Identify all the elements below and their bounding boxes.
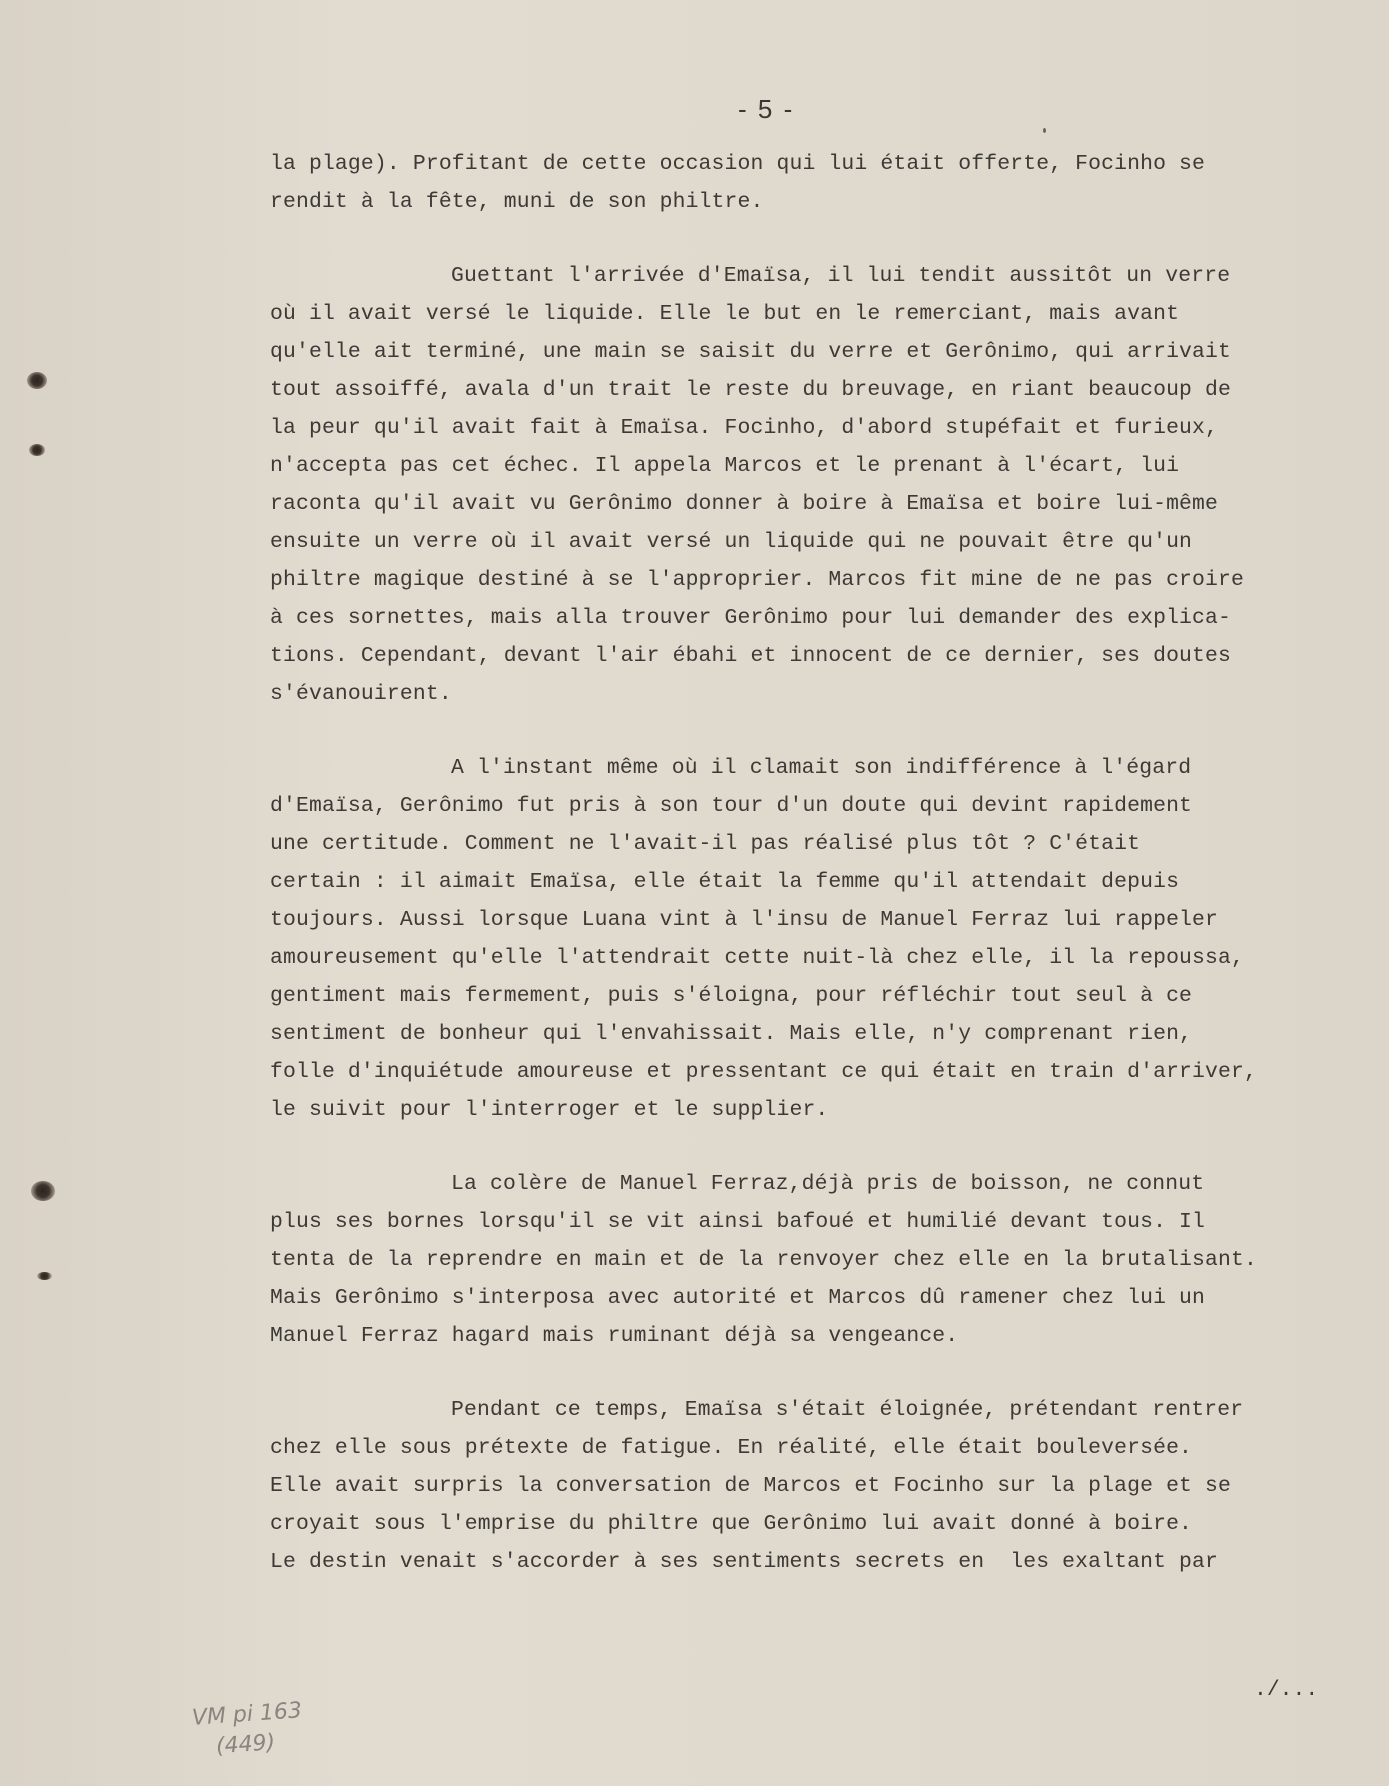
archive-note-line-1: VM pi 163 [191, 1698, 303, 1731]
continuation-mark: ./... [1254, 1678, 1318, 1702]
paragraph-gap [270, 1129, 1360, 1165]
text-line: tout assoiffé, avala d'un trait le reste… [270, 371, 1360, 409]
paragraph-gap [270, 1355, 1360, 1391]
text-line: A l'instant même où il clamait son indif… [270, 749, 1360, 787]
text-line: Guettant l'arrivée d'Emaïsa, il lui tend… [270, 257, 1360, 295]
text-line: la peur qu'il avait fait à Emaïsa. Focin… [270, 409, 1360, 447]
archive-pencil-note: VM pi 163 (449) [191, 1696, 305, 1764]
text-line: Mais Gerônimo s'interposa avec autorité … [270, 1279, 1360, 1317]
text-line: où il avait versé le liquide. Elle le bu… [270, 295, 1360, 333]
punch-hole-1 [27, 372, 47, 389]
paragraph: la plage). Profitant de cette occasion q… [270, 145, 1360, 221]
text-line: Pendant ce temps, Emaïsa s'était éloigné… [270, 1391, 1360, 1429]
punch-hole-2 [29, 444, 45, 456]
text-line: n'accepta pas cet échec. Il appela Marco… [270, 447, 1360, 485]
text-line: amoureusement qu'elle l'attendrait cette… [270, 939, 1360, 977]
text-line: plus ses bornes lorsqu'il se vit ainsi b… [270, 1203, 1360, 1241]
paragraph: A l'instant même où il clamait son indif… [270, 749, 1360, 1129]
text-line: s'évanouirent. [270, 675, 1360, 713]
text-line: Elle avait surpris la conversation de Ma… [270, 1467, 1360, 1505]
text-line: raconta qu'il avait vu Gerônimo donner à… [270, 485, 1360, 523]
text-line: tions. Cependant, devant l'air ébahi et … [270, 637, 1360, 675]
text-line: Manuel Ferraz hagard mais ruminant déjà … [270, 1317, 1360, 1355]
text-line: qu'elle ait terminé, une main se saisit … [270, 333, 1360, 371]
text-line: gentiment mais fermement, puis s'éloigna… [270, 977, 1360, 1015]
paragraph: Guettant l'arrivée d'Emaïsa, il lui tend… [270, 257, 1360, 713]
paper-speck [1043, 128, 1046, 133]
text-line: certain : il aimait Emaïsa, elle était l… [270, 863, 1360, 901]
text-line: philtre magique destiné à se l'approprie… [270, 561, 1360, 599]
punch-hole-4 [37, 1272, 52, 1280]
paragraph: La colère de Manuel Ferraz,déjà pris de … [270, 1165, 1360, 1355]
paragraph-gap [270, 713, 1360, 749]
text-line: folle d'inquiétude amoureuse et pressent… [270, 1053, 1360, 1091]
text-line: croyait sous l'emprise du philtre que Ge… [270, 1505, 1360, 1543]
text-line: chez elle sous prétexte de fatigue. En r… [270, 1429, 1360, 1467]
text-line: d'Emaïsa, Gerônimo fut pris à son tour d… [270, 787, 1360, 825]
punch-hole-3 [31, 1181, 55, 1201]
typed-body-text: la plage). Profitant de cette occasion q… [270, 145, 1360, 1581]
text-line: sentiment de bonheur qui l'envahissait. … [270, 1015, 1360, 1053]
page-number: - 5 - [738, 94, 794, 125]
text-line: à ces sornettes, mais alla trouver Gerôn… [270, 599, 1360, 637]
text-line: le suivit pour l'interroger et le suppli… [270, 1091, 1360, 1129]
text-line: la plage). Profitant de cette occasion q… [270, 145, 1360, 183]
paragraph: Pendant ce temps, Emaïsa s'était éloigné… [270, 1391, 1360, 1581]
text-line: tenta de la reprendre en main et de la r… [270, 1241, 1360, 1279]
paragraph-gap [270, 221, 1360, 257]
text-line: une certitude. Comment ne l'avait-il pas… [270, 825, 1360, 863]
text-line: La colère de Manuel Ferraz,déjà pris de … [270, 1165, 1360, 1203]
text-line: ensuite un verre où il avait versé un li… [270, 523, 1360, 561]
text-line: toujours. Aussi lorsque Luana vint à l'i… [270, 901, 1360, 939]
text-line: Le destin venait s'accorder à ses sentim… [270, 1543, 1360, 1581]
text-line: rendit à la fête, muni de son philtre. [270, 183, 1360, 221]
